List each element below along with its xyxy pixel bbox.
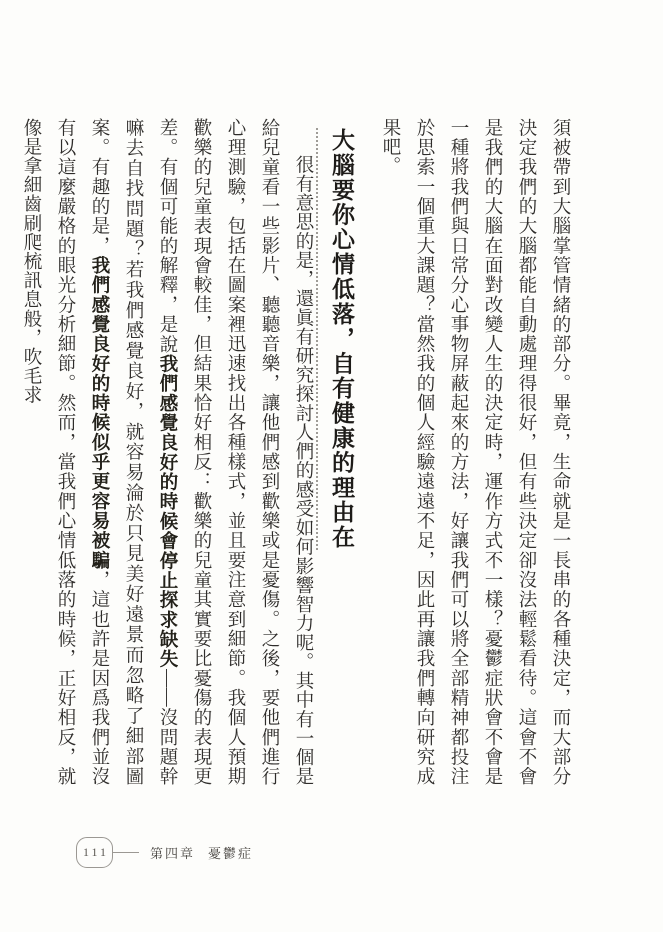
page-number: 111 [80, 845, 109, 860]
main-text: 須被帶到大腦掌管情緒的部分。畢竟，生命就是一長串的各種決定，而大部分決定我們的大… [14, 118, 577, 786]
chapter-label: 第四章 [150, 843, 195, 862]
book-page: 須被帶到大腦掌管情緒的部分。畢竟，生命就是一長串的各種決定，而大部分決定我們的大… [0, 0, 663, 932]
section-heading-text: 大腦要你心情低落，自有健康的理由在 [316, 128, 355, 550]
chapter-title: 憂鬱症 [208, 843, 253, 862]
page-number-badge: 111 [76, 837, 113, 868]
paragraph-2: 很有意思的是，還眞有研究探討人們的感受如何影響智力呢。其中有一個是給兒童看一些影… [14, 118, 320, 786]
page-footer: 111 第四章 憂鬱症 [76, 837, 253, 868]
paragraph-2-bold-segment-2: 我們感覺良好的時候似乎更容易被騙 [89, 256, 109, 571]
paragraph-2-segment-1: 很有意思的是，還眞有研究探討人們的感受如何影響智力呢。其中有一個是給兒童看一些影… [157, 118, 313, 786]
paragraph-2-bold-segment-1: 我們感覺良好的時候會停止探求缺失 [157, 354, 177, 669]
footer-rule [113, 852, 139, 853]
section-heading: 大腦要你心情低落，自有健康的理由在 [327, 118, 357, 786]
paragraph-1: 須被帶到大腦掌管情緒的部分。畢竟，生命就是一長串的各種決定，而大部分決定我們的大… [373, 118, 577, 786]
